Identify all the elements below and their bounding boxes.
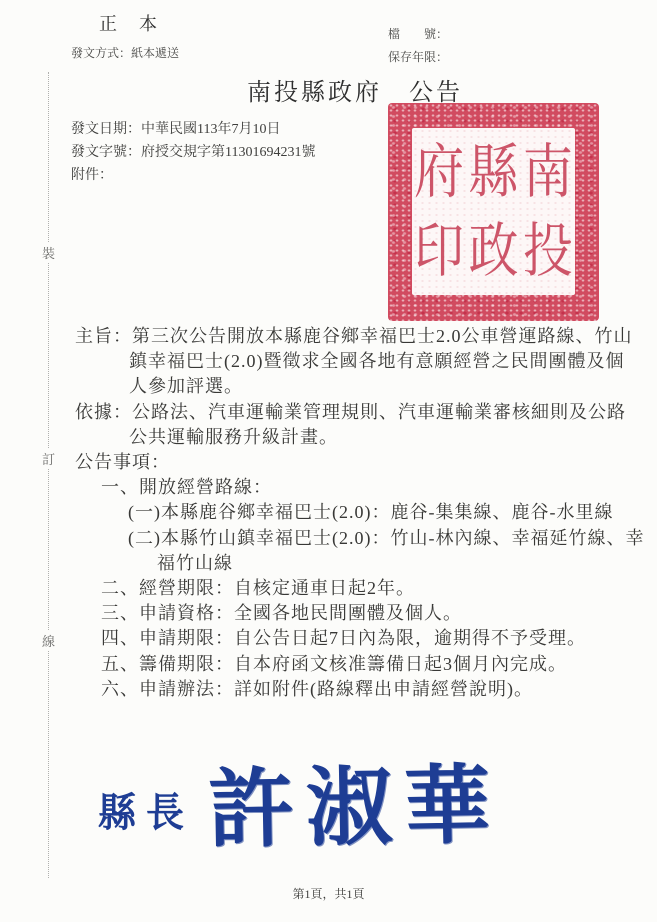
official-seal-stamp: 府 印 縣 政 南 投 [388,103,599,321]
body-line-basis: 依據：公路法、汽車運輸業管理規則、汽車運輸業審核細則及公路 [0,400,657,425]
body-line-item-1: 一、開放經營路線： [0,475,657,500]
body-line-item-5: 五、籌備期限：自本府函文核准籌備日起3個月內完成。 [0,652,657,677]
document-meta: 發文日期：中華民國113年7月10日 發文字號：府授交規字第1130169423… [71,118,315,187]
seal-char: 印 [414,222,464,281]
body-line: 鎮幸福巴士(2.0)暨徵求全國各地有意願經營之民間團體及個 [0,349,657,374]
page-number-footer: 第1頁，共1頁 [0,885,657,902]
seal-char: 府 [414,142,464,201]
body-line: 公共運輸服務升級計畫。 [0,425,657,450]
seal-column-middle: 縣 政 [466,128,520,295]
announcement-body: 主旨：第三次公告開放本縣鹿谷鄉幸福巴士2.0公車營運路線、竹山 鎮幸福巴士(2.… [0,324,657,702]
body-line-item-2: 二、經營期限：自核定通車日起2年。 [0,576,657,601]
document-title: 南投縣政府 公告 [0,72,657,107]
copy-type-label: 正 本 [99,10,159,36]
delivery-method-label: 發文方式：紙本遞送 [71,44,179,61]
seal-column-left: 府 印 [412,128,466,295]
body-line-item-1-1: (一)本縣鹿谷鄉幸福巴士(2.0)：鹿谷-集集線、鹿谷-水里線 [0,500,657,525]
body-line: 福竹山線 [0,551,657,576]
file-number-label: 檔 號： [388,25,448,42]
official-seal-inner: 府 印 縣 政 南 投 [412,128,575,295]
document-number: 發文字號：府授交規字第11301694231號 [71,141,315,164]
seal-char: 政 [468,222,518,281]
seal-column-right: 南 投 [521,128,575,295]
seal-char: 南 [523,142,573,201]
body-line-item-4: 四、申請期限：自公告日起7日內為限，逾期得不予受理。 [0,626,657,651]
binding-mark-zhuang: 裝 [40,243,57,262]
signature-name-stamp: 許淑華 [207,735,503,864]
body-line-matters: 公告事項： [0,450,657,475]
issue-date: 發文日期：中華民國113年7月10日 [71,118,315,141]
body-line-item-1-2: (二)本縣竹山鎮幸福巴士(2.0)：竹山-林內線、幸福延竹線、幸 [0,526,657,551]
signature-title-magistrate: 縣長 [98,780,194,838]
attachment-label: 附件： [71,164,315,187]
seal-char: 投 [523,222,573,281]
body-line-item-6: 六、申請辦法：詳如附件(路線釋出申請經營說明)。 [0,677,657,702]
body-line-item-3: 三、申請資格：全國各地民間團體及個人。 [0,601,657,626]
signature-block: 縣長 許淑華 [98,732,528,867]
body-line: 人參加評選。 [0,374,657,399]
body-line-subject: 主旨：第三次公告開放本縣鹿谷鄉幸福巴士2.0公車營運路線、竹山 [0,324,657,349]
seal-char: 縣 [468,142,518,201]
retention-period-label: 保存年限： [388,48,448,65]
document-page: 裝 訂 線 正 本 發文方式：紙本遞送 檔 號： 保存年限： 南投縣政府 公告 … [0,0,657,922]
